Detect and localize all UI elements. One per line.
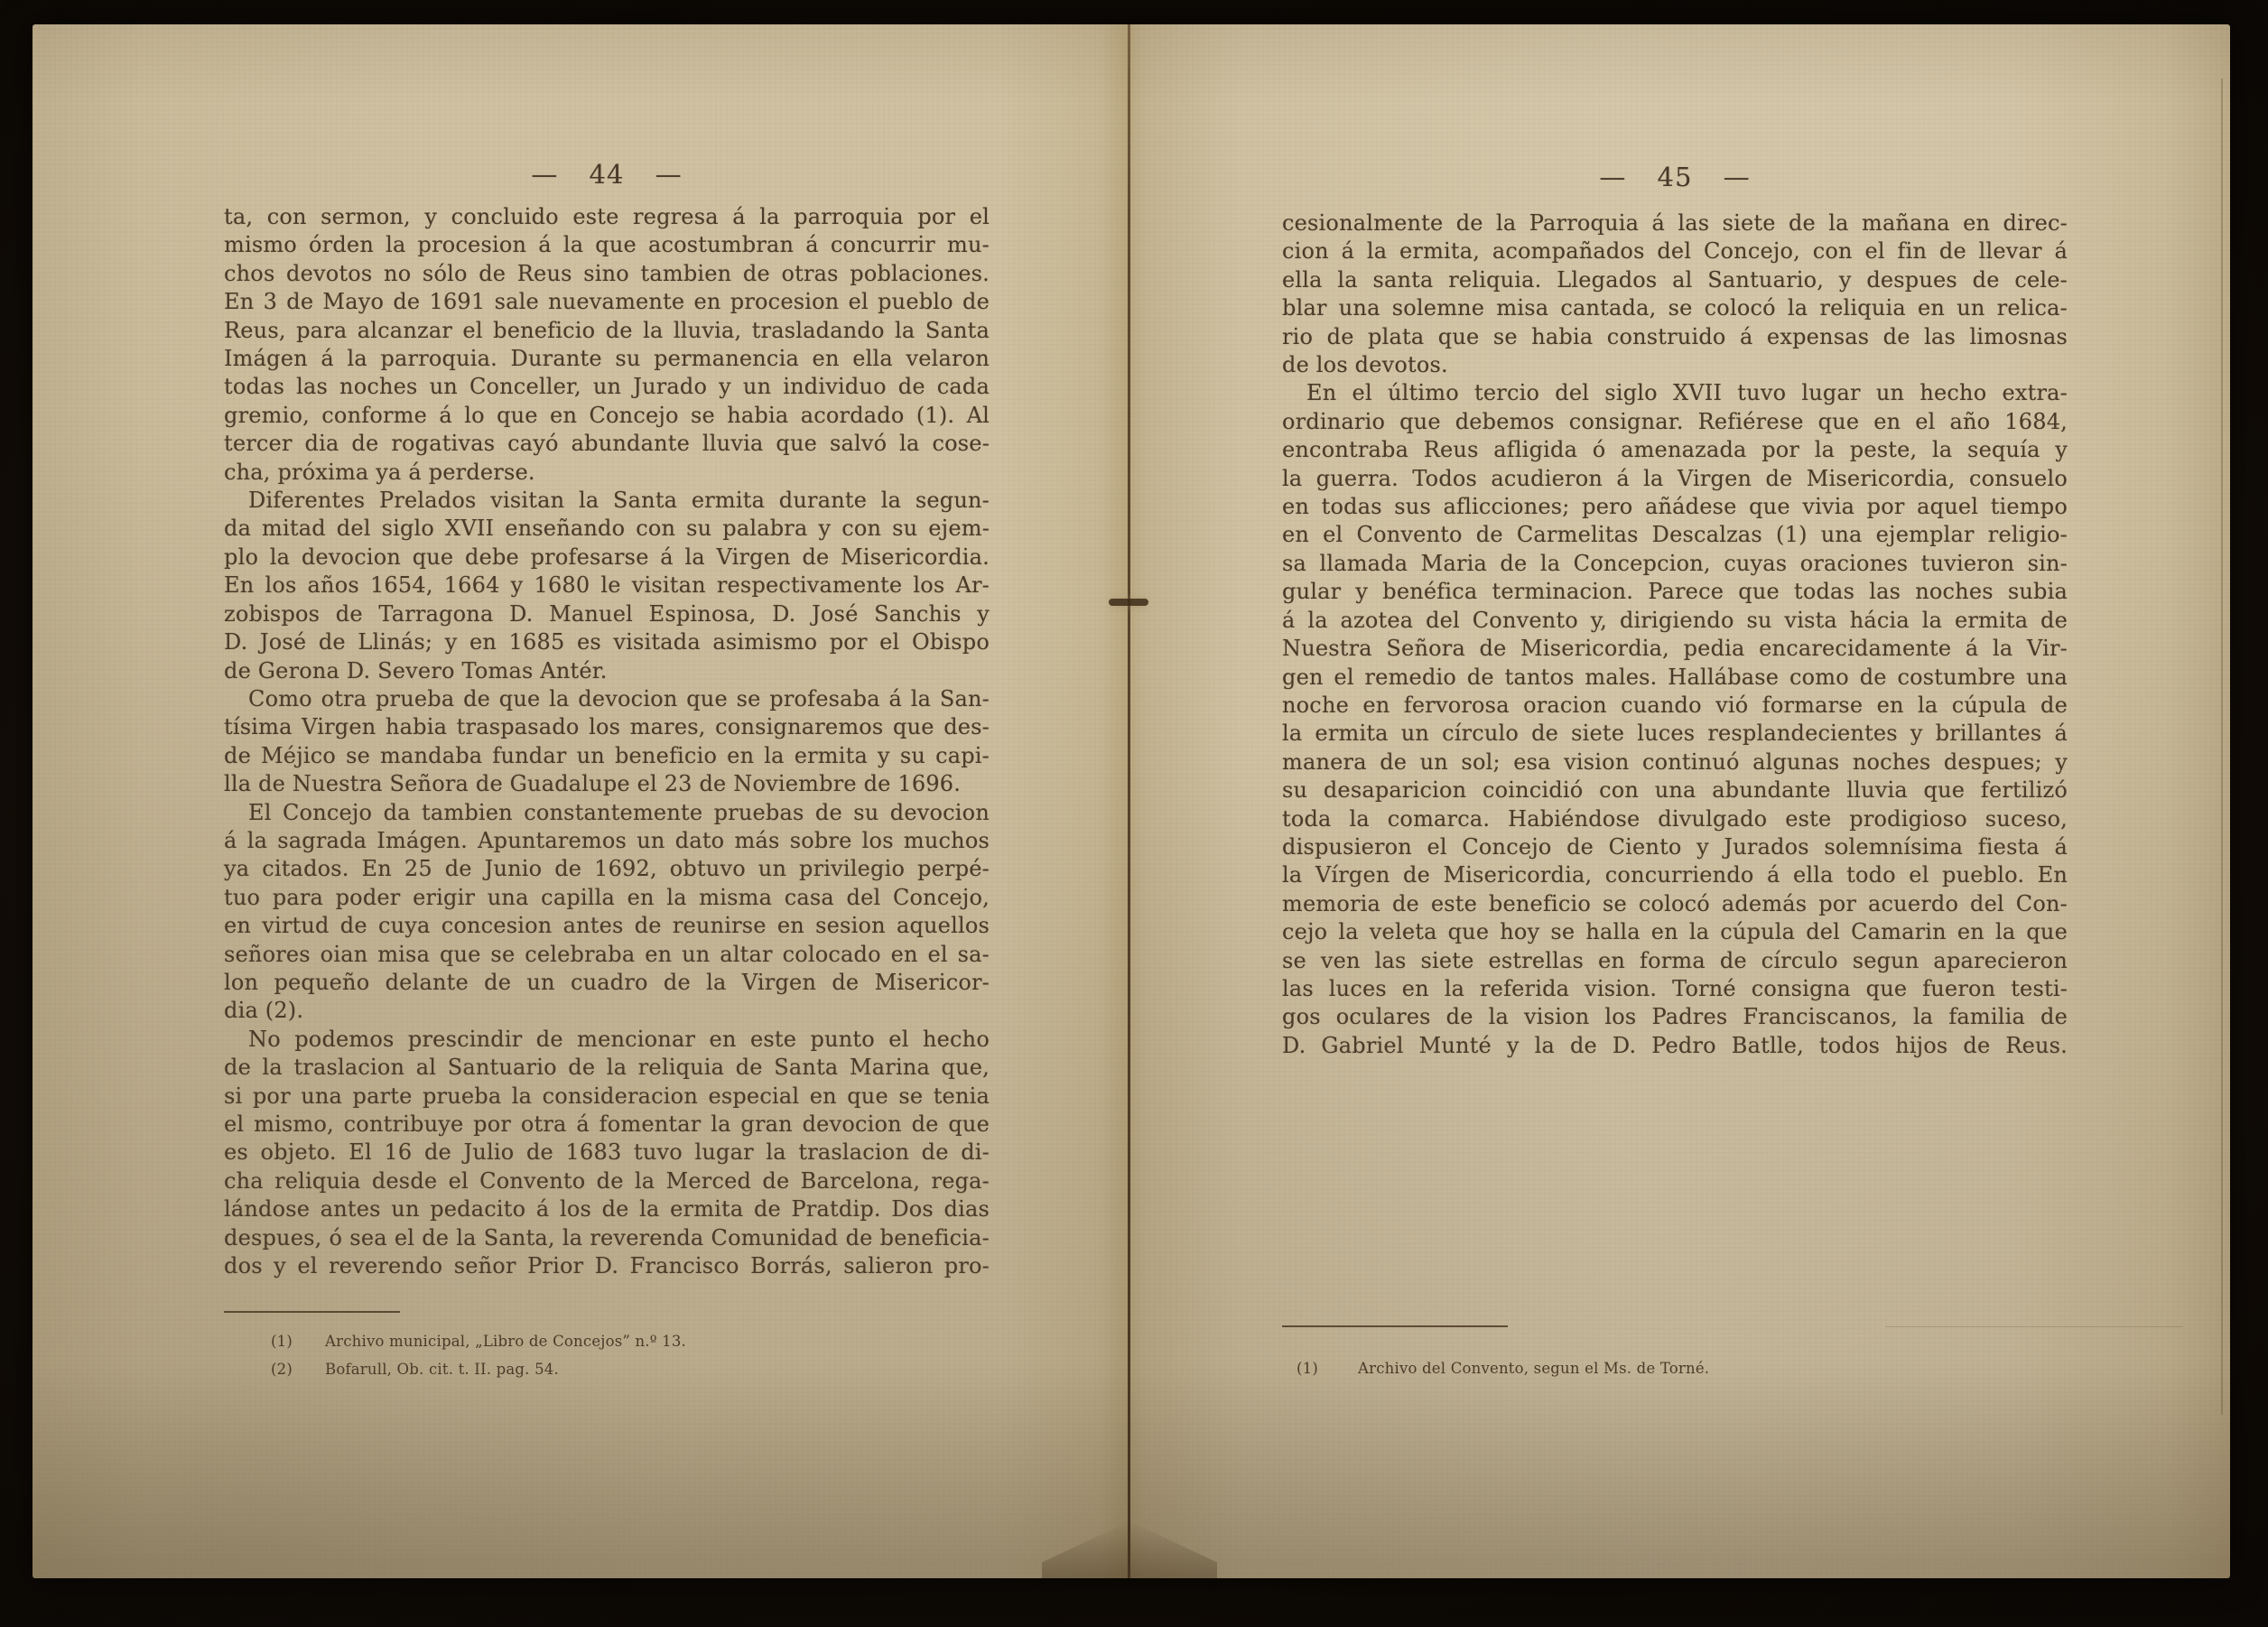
text-line: lándose antes un pedacito á los de la er… <box>224 1195 990 1223</box>
text-line: Reus, para alcanzar el beneficio de la l… <box>224 317 990 345</box>
paragraph: No podemos prescindir de mencionar en es… <box>224 1026 990 1281</box>
footnote-block: (1)Archivo del Convento, segun el Ms. de… <box>1282 1325 2068 1382</box>
text-line: manera de un sol; esa vision continuó al… <box>1282 748 2068 776</box>
page-text: ta, con sermon, y concluido este regresa… <box>224 203 990 1280</box>
binding-thread <box>1109 599 1148 606</box>
text-line: es objeto. El 16 de Julio de 1683 tuvo l… <box>224 1139 990 1167</box>
text-line: En 3 de Mayo de 1691 sale nuevamente en … <box>224 288 990 316</box>
text-line: encontraba Reus afligida ó amenazada por… <box>1282 436 2068 464</box>
footnote-text: Archivo del Convento, segun el Ms. de To… <box>1358 1354 2068 1382</box>
text-line: de los devotos. <box>1282 351 2068 379</box>
page-text: cesionalmente de la Parroquia á las siet… <box>1282 209 2068 1060</box>
text-line: su desaparicion coincidió con una abunda… <box>1282 776 2068 804</box>
text-line: En los años 1654, 1664 y 1680 le visitan… <box>224 572 990 600</box>
footnote-text: Bofarull, Ob. cit. t. II. pag. 54. <box>325 1355 990 1383</box>
text-line: señores oian misa que se celebraba en un… <box>224 941 990 969</box>
text-line: cha, próxima ya á perderse. <box>224 459 990 487</box>
text-line: tercer dia de rogativas cayó abundante l… <box>224 430 990 458</box>
scanned-book-photo: — 44 — ta, con sermon, y concluido este … <box>0 0 2268 1627</box>
text-line: cion á la ermita, acompañados del Concej… <box>1282 237 2068 265</box>
text-line: da mitad del siglo XVII enseñando con su… <box>224 515 990 543</box>
text-line: si por una parte prueba la consideracion… <box>224 1083 990 1111</box>
text-line: tísima Virgen habia traspasado los mares… <box>224 713 990 741</box>
text-line: dia (2). <box>224 997 990 1025</box>
text-line: gen el remedio de tantos males. Hallábas… <box>1282 664 2068 692</box>
text-line: gos oculares de la vision los Padres Fra… <box>1282 1003 2068 1031</box>
text-line: en el Convento de Carmelitas Descalzas (… <box>1282 521 2068 549</box>
text-line: las luces en la referida vision. Torné c… <box>1282 975 2068 1003</box>
text-line: la Vírgen de Misericordia, concurriendo … <box>1282 861 2068 889</box>
footnote-marker: (2) <box>271 1355 325 1383</box>
text-line: se ven las siete estrellas en forma de c… <box>1282 947 2068 975</box>
text-line: de Méjico se mandaba fundar un beneficio… <box>224 742 990 770</box>
page-44-column: — 44 — ta, con sermon, y concluido este … <box>224 158 990 1280</box>
text-line: tuo para poder erigir una capilla en la … <box>224 884 990 912</box>
paragraph: cesionalmente de la Parroquia á las siet… <box>1282 209 2068 379</box>
footnote-text: Archivo municipal, „Libro de Concejos” n… <box>325 1327 990 1355</box>
text-line: El Concejo da tambien constantemente pru… <box>224 799 990 827</box>
text-line: cesionalmente de la Parroquia á las siet… <box>1282 209 2068 237</box>
text-line: el mismo, contribuye por otra á fomentar… <box>224 1111 990 1139</box>
text-line: mismo órden la procesion á la que acostu… <box>224 231 990 259</box>
text-line: la ermita un círculo de siete luces resp… <box>1282 720 2068 748</box>
text-line: en virtud de cuya concesion antes de reu… <box>224 912 990 940</box>
faint-rule-artifact <box>1885 1326 2183 1327</box>
text-line: Imágen á la parroquia. Durante su perman… <box>224 345 990 373</box>
text-line: á la sagrada Imágen. Apuntaremos un dato… <box>224 827 990 855</box>
text-line: D. José de Llinás; y en 1685 es visitada… <box>224 628 990 656</box>
text-line: gremio, conforme á lo que en Concejo se … <box>224 402 990 430</box>
footnote-block: (1)Archivo municipal, „Libro de Concejos… <box>224 1311 990 1383</box>
text-line: á la azotea del Convento y, dirigiendo s… <box>1282 607 2068 635</box>
text-line: gular y benéfica terminacion. Parece que… <box>1282 578 2068 606</box>
text-line: blar una solemne misa cantada, se colocó… <box>1282 294 2068 322</box>
text-line: dos y el reverendo señor Prior D. Franci… <box>224 1252 990 1280</box>
page-number-header: — 44 — <box>224 158 990 191</box>
page-stack-edge <box>2221 79 2223 1415</box>
text-line: ya citados. En 25 de Junio de 1692, obtu… <box>224 855 990 883</box>
text-line: cha reliquia desde el Convento de la Mer… <box>224 1167 990 1195</box>
text-line: En el último tercio del siglo XVII tuvo … <box>1282 379 2068 407</box>
text-line: cejo la veleta que hoy se halla en la cú… <box>1282 918 2068 946</box>
text-line: ta, con sermon, y concluido este regresa… <box>224 203 990 231</box>
text-line: ordinario que debemos consignar. Refiére… <box>1282 408 2068 436</box>
book-spread: — 44 — ta, con sermon, y concluido este … <box>33 24 2230 1578</box>
footnote: (1)Archivo del Convento, segun el Ms. de… <box>1282 1354 2068 1382</box>
text-line: zobispos de Tarragona D. Manuel Espinosa… <box>224 600 990 628</box>
text-line: memoria de este beneficio se colocó adem… <box>1282 890 2068 918</box>
book-gutter-fold <box>1128 24 1130 1578</box>
footnote-separator <box>224 1311 400 1313</box>
page-number-header: — 45 — <box>1282 161 2068 193</box>
text-line: en todas sus aflicciones; pero añádese q… <box>1282 493 2068 521</box>
text-line: todas las noches un Conceller, un Jurado… <box>224 373 990 401</box>
footnote-marker: (1) <box>271 1327 325 1355</box>
text-line: Diferentes Prelados visitan la Santa erm… <box>224 487 990 515</box>
footnote: (2)Bofarull, Ob. cit. t. II. pag. 54. <box>224 1355 990 1383</box>
text-line: lon pequeño delante de un cuadro de la V… <box>224 969 990 997</box>
text-line: lla de Nuestra Señora de Guadalupe el 23… <box>224 770 990 798</box>
paragraph: El Concejo da tambien constantemente pru… <box>224 799 990 1026</box>
text-line: D. Gabriel Munté y la de D. Pedro Batlle… <box>1282 1032 2068 1060</box>
text-line: No podemos prescindir de mencionar en es… <box>224 1026 990 1054</box>
text-line: de la traslacion al Santuario de la reli… <box>224 1054 990 1082</box>
paragraph: Como otra prueba de que la devocion que … <box>224 685 990 799</box>
text-line: dispusieron el Concejo de Ciento y Jurad… <box>1282 833 2068 861</box>
text-line: chos devotos no sólo de Reus sino tambie… <box>224 260 990 288</box>
text-line: de Gerona D. Severo Tomas Antér. <box>224 657 990 685</box>
text-line: Como otra prueba de que la devocion que … <box>224 685 990 713</box>
text-line: Nuestra Señora de Misericordia, pedia en… <box>1282 635 2068 663</box>
text-line: ella la santa reliquia. Llegados al Sant… <box>1282 266 2068 294</box>
footnote-separator <box>1282 1325 1508 1327</box>
text-line: despues, ó sea el de la Santa, la revere… <box>224 1224 990 1252</box>
text-line: plo la devocion que debe profesarse á la… <box>224 544 990 572</box>
paragraph: ta, con sermon, y concluido este regresa… <box>224 203 990 487</box>
text-line: sa llamada Maria de la Concepcion, cuyas… <box>1282 550 2068 578</box>
text-line: rio de plata que se habia construido á e… <box>1282 323 2068 351</box>
page-45-column: — 45 — cesionalmente de la Parroquia á l… <box>1282 161 2068 1060</box>
paragraph: En el último tercio del siglo XVII tuvo … <box>1282 379 2068 1060</box>
paragraph: Diferentes Prelados visitan la Santa erm… <box>224 487 990 685</box>
text-line: noche en fervorosa oracion cuando vió fo… <box>1282 692 2068 720</box>
gutter-bottom-shadow <box>1042 1521 1217 1578</box>
text-line: la guerra. Todos acudieron á la Virgen d… <box>1282 465 2068 493</box>
text-line: toda la comarca. Habiéndose divulgado es… <box>1282 805 2068 833</box>
footnote: (1)Archivo municipal, „Libro de Concejos… <box>224 1327 990 1355</box>
footnote-marker: (1) <box>1297 1354 1358 1382</box>
